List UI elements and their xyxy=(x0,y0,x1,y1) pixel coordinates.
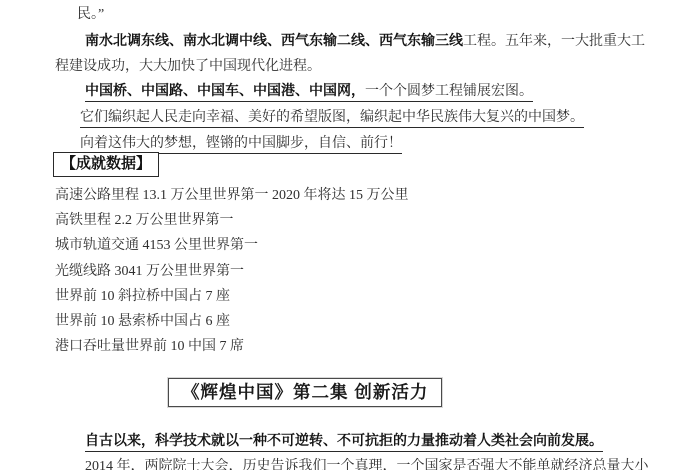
projects-rest-text: 工程。五年来，一大批重大工 xyxy=(463,34,645,49)
episode2-heading-box: 《辉煌中国》第二集 创新活力 xyxy=(168,378,442,407)
projects-line2-text: 程建设成功，大大加快了中国现代化进程。 xyxy=(55,59,321,74)
paragraph-science-power: 自古以来，科学技术就以一种不可逆转、不可抗拒的力量推动着人类社会向前发展。 xyxy=(85,434,603,450)
document-page: 民。” 南水北调东线、南水北调中线、西气东输二线、西气东输三线工程。五年来，一大… xyxy=(0,0,700,470)
paragraph-forward: 向着这伟大的梦想，铿锵的中国脚步，自信、前行！ xyxy=(80,136,402,152)
weave-dream-text: 它们编织起人民走向幸福、美好的希望版图，编织起中华民族伟大复兴的中国梦。 xyxy=(80,110,584,128)
projects-bold-text: 南水北调东线、南水北调中线、西气东输二线、西气东输三线 xyxy=(85,34,463,49)
china-brands-rest-text: 一个个圆梦工程铺展宏图。 xyxy=(365,84,533,99)
stat-cable-stayed-bridge: 世界前 10 斜拉桥中国占 7 座 xyxy=(55,284,409,309)
china-brands-bold-text: 中国桥、中国路、中国车、中国港、中国网， xyxy=(85,84,365,99)
achievement-data-label-box: 【成就数据】 xyxy=(53,152,159,177)
stat-optical-cable: 光缆线路 3041 万公里世界第一 xyxy=(55,259,409,284)
quote-end-text: 民。” xyxy=(77,7,104,22)
china-brands-underline: 中国桥、中国路、中国车、中国港、中国网，一个个圆梦工程铺展宏图。 xyxy=(85,84,533,102)
paragraph-2014-partial: 2014 年，两院院士大会，历史告诉我们一个真理，一个国家是否强大不能单就经济总… xyxy=(85,459,649,470)
stat-highway: 高速公路里程 13.1 万公里世界第一 2020 年将达 15 万公里 xyxy=(55,183,409,208)
paragraph-projects-line1: 南水北调东线、南水北调中线、西气东输二线、西气东输三线工程。五年来，一大批重大工 xyxy=(85,34,645,50)
achievement-data-label: 【成就数据】 xyxy=(61,156,151,172)
achievement-stats-list: 高速公路里程 13.1 万公里世界第一 2020 年将达 15 万公里 高铁里程… xyxy=(55,183,409,359)
stat-highspeed-rail: 高铁里程 2.2 万公里世界第一 xyxy=(55,208,409,233)
stat-urban-rail: 城市轨道交通 4153 公里世界第一 xyxy=(55,233,409,258)
paragraph-quote-end: 民。” xyxy=(77,7,104,23)
science-power-text: 自古以来，科学技术就以一种不可逆转、不可抗拒的力量推动着人类社会向前发展。 xyxy=(85,434,603,452)
paragraph-weave-dream: 它们编织起人民走向幸福、美好的希望版图，编织起中华民族伟大复兴的中国梦。 xyxy=(80,110,584,126)
episode2-heading-text: 《辉煌中国》第二集 创新活力 xyxy=(182,382,428,402)
paragraph-projects-line2: 程建设成功，大大加快了中国现代化进程。 xyxy=(55,59,321,75)
stat-suspension-bridge: 世界前 10 悬索桥中国占 6 座 xyxy=(55,309,409,334)
stat-port-throughput: 港口吞吐量世界前 10 中国 7 席 xyxy=(55,334,409,359)
partial-2014-text: 2014 年，两院院士大会，历史告诉我们一个真理，一个国家是否强大不能单就经济总… xyxy=(85,459,649,470)
paragraph-china-brands: 中国桥、中国路、中国车、中国港、中国网，一个个圆梦工程铺展宏图。 xyxy=(85,84,533,100)
